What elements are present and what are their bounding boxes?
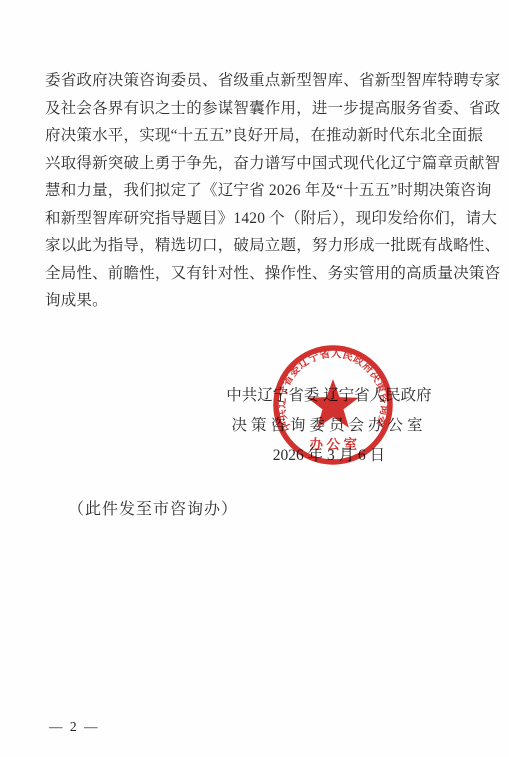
body-line: 和新型智库研究指导题目》1420 个（附后），现印发给你们，请大 [45,205,468,233]
body-paragraph: 委省政府决策咨询委员、省级重点新型智库、省新型智库特聘专家 及社会各界有识之士的… [45,67,468,315]
body-line: 府决策水平，实现“十五五”良好开局，在推动新时代东北全面振 [45,122,468,150]
body-line: 慧和力量，我们拟定了《辽宁省 2026 年及“十五五”时期决策咨询 [45,177,468,205]
signature-org-line2: 决策咨询委员会办公室 [202,411,456,441]
body-line: 全局性、前瞻性，又有针对性、操作性、务实管用的高质量决策咨 [45,260,468,288]
distribution-note: （此件发至市咨询办） [68,496,238,519]
body-line: 家以此为指导，精选切口，破局立题，努力形成一批既有战略性、 [45,232,468,260]
body-line: 兴取得新突破上勇于争先，奋力谱写中国式现代化辽宁篇章贡献智 [45,150,468,178]
body-line: 询成果。 [45,287,468,315]
signature-block: 中共辽宁省委 辽宁省人民政府 决策咨询委员会办公室 2026 年 3 月 6 日 [202,381,456,471]
document-page: 委省政府决策咨询委员、省级重点新型智库、省新型智库特聘专家 及社会各界有识之士的… [0,0,509,757]
body-line: 及社会各界有识之士的参谋智囊作用，进一步提高服务省委、省政 [45,95,468,123]
signature-date: 2026 年 3 月 6 日 [202,441,456,471]
signature-org-line1: 中共辽宁省委 辽宁省人民政府 [202,381,456,411]
body-line: 委省政府决策咨询委员、省级重点新型智库、省新型智库特聘专家 [45,67,468,95]
page-number: — 2 — [49,719,100,735]
